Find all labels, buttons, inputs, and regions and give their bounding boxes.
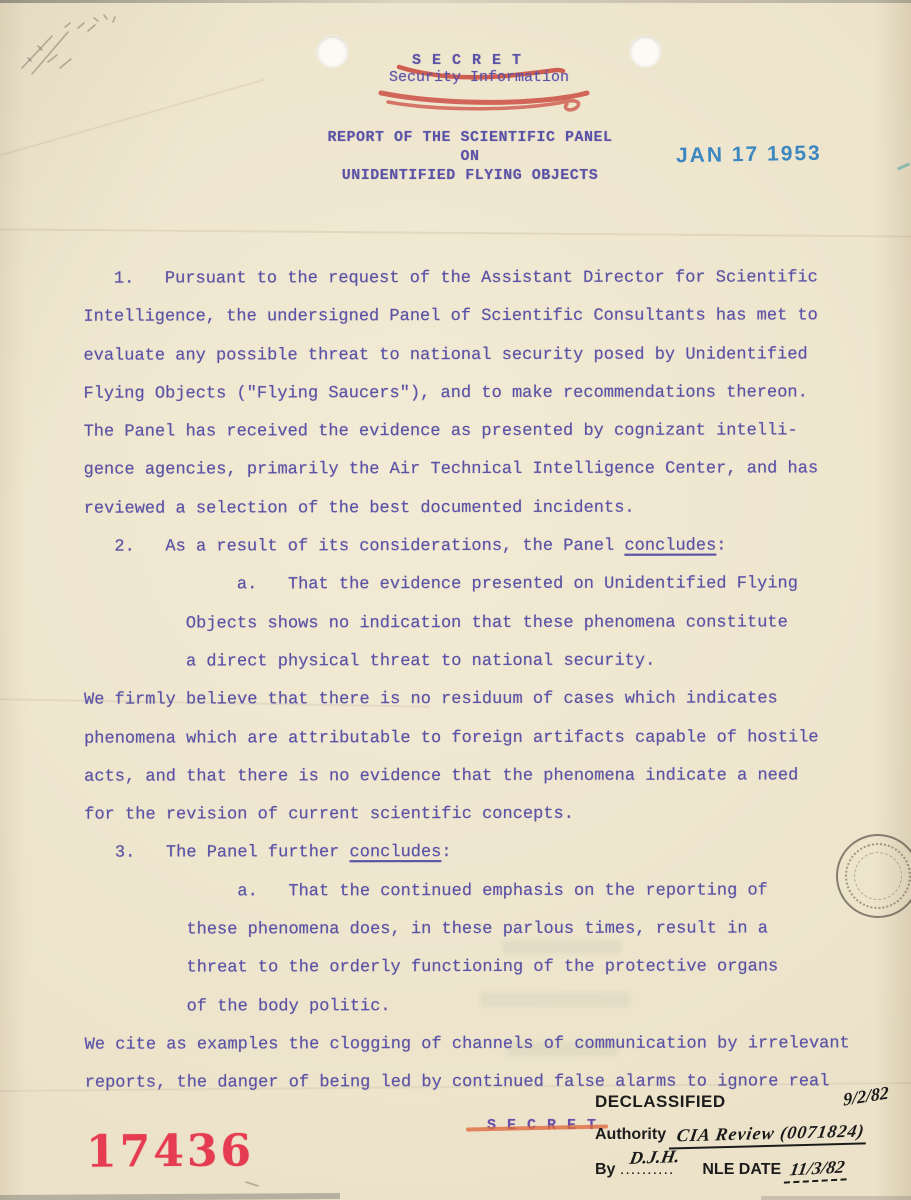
document-body: 1. Pursuant to the request of the Assist… [83,259,884,1103]
title-line-2: ON [322,147,618,166]
title-line-3: UNIDENTIFIED FLYING OBJECTS [322,166,618,185]
date-handwritten-value: 11/3/82 [783,1156,849,1183]
line-segment: 3. The Panel further [84,844,349,863]
paper-crease [0,228,911,237]
body-line: Flying Objects ("Flying Saucers"), and t… [83,374,883,414]
body-line: for the revision of current scientific c… [84,795,884,835]
security-information-line: Security Information [389,69,569,86]
authority-handwritten-value: CIA Review (0071824) [668,1120,868,1149]
hole-punch-right [630,36,661,67]
body-line: these phenomena does, in these parlous t… [84,910,884,950]
red-underline-security-info [376,84,596,116]
pencil-scribble [8,6,158,96]
edge-ink-mark [897,162,910,170]
nle-date-label: NLE DATE [702,1161,781,1179]
date-received-stamp: JAN 17 1953 [676,142,822,169]
body-line: evaluate any possible threat to national… [83,336,883,376]
document-title: REPORT OF THE SCIENTIFIC PANEL ON UNIDEN… [322,128,618,185]
body-line: 2. As a result of its considerations, th… [84,527,884,567]
body-line: of the body politic. [85,987,885,1027]
declassified-stamp: DECLASSIFIED 9/2/82 Authority CIA Review… [595,1092,905,1182]
line-segment: 2. As a result of its considerations, th… [84,537,625,557]
scan-edge-bottom-left [0,1193,340,1200]
body-line: 3. The Panel further concludes: [84,834,884,874]
authority-label: Authority [595,1126,666,1144]
by-handwritten-initials: D.J.H. [628,1146,682,1169]
body-line: acts, and that there is no evidence that… [84,757,884,797]
pencil-mark [245,1181,259,1187]
body-line: Objects shows no indication that these p… [84,604,884,644]
body-line: a. That the continued emphasis on the re… [84,872,884,912]
serial-number-stamp: 17436 [86,1125,254,1177]
body-line: Intelligence, the undersigned Panel of S… [83,298,883,338]
body-line: a direct physical threat to national sec… [84,642,884,682]
body-line: 1. Pursuant to the request of the Assist… [83,259,883,299]
dotted-leader: ..........D.J.H. [620,1161,698,1179]
underlined-word: concludes [350,844,442,863]
body-line: gence agencies, primarily the Air Techni… [84,451,884,491]
body-line: phenomena which are attributable to fore… [84,719,884,759]
body-line: We firmly believe that there is no resid… [84,681,884,721]
authority-row: Authority CIA Review (0071824) [595,1123,905,1147]
body-line: The Panel has received the evidence as p… [84,412,884,452]
body-line: a. That the evidence presented on Uniden… [84,566,884,606]
hole-punch-left [317,36,348,67]
body-line: threat to the orderly functioning of the… [84,949,884,989]
scanned-document-page: S E C R E T Security Information REPORT … [0,0,911,1200]
line-segment: : [441,844,451,863]
body-line: reviewed a selection of the best documen… [84,489,884,529]
line-segment: : [716,537,726,556]
scan-edge-top [0,0,911,3]
by-row: By ..........D.J.H. NLE DATE 11/3/82 [595,1158,905,1182]
classification-header: S E C R E T [412,52,522,69]
scan-edge-bottom-right [761,1196,911,1200]
by-label: By [595,1161,615,1179]
title-line-1: REPORT OF THE SCIENTIFIC PANEL [322,128,618,147]
underlined-word: concludes [624,537,716,556]
body-line: We cite as examples the clogging of chan… [85,1025,885,1065]
